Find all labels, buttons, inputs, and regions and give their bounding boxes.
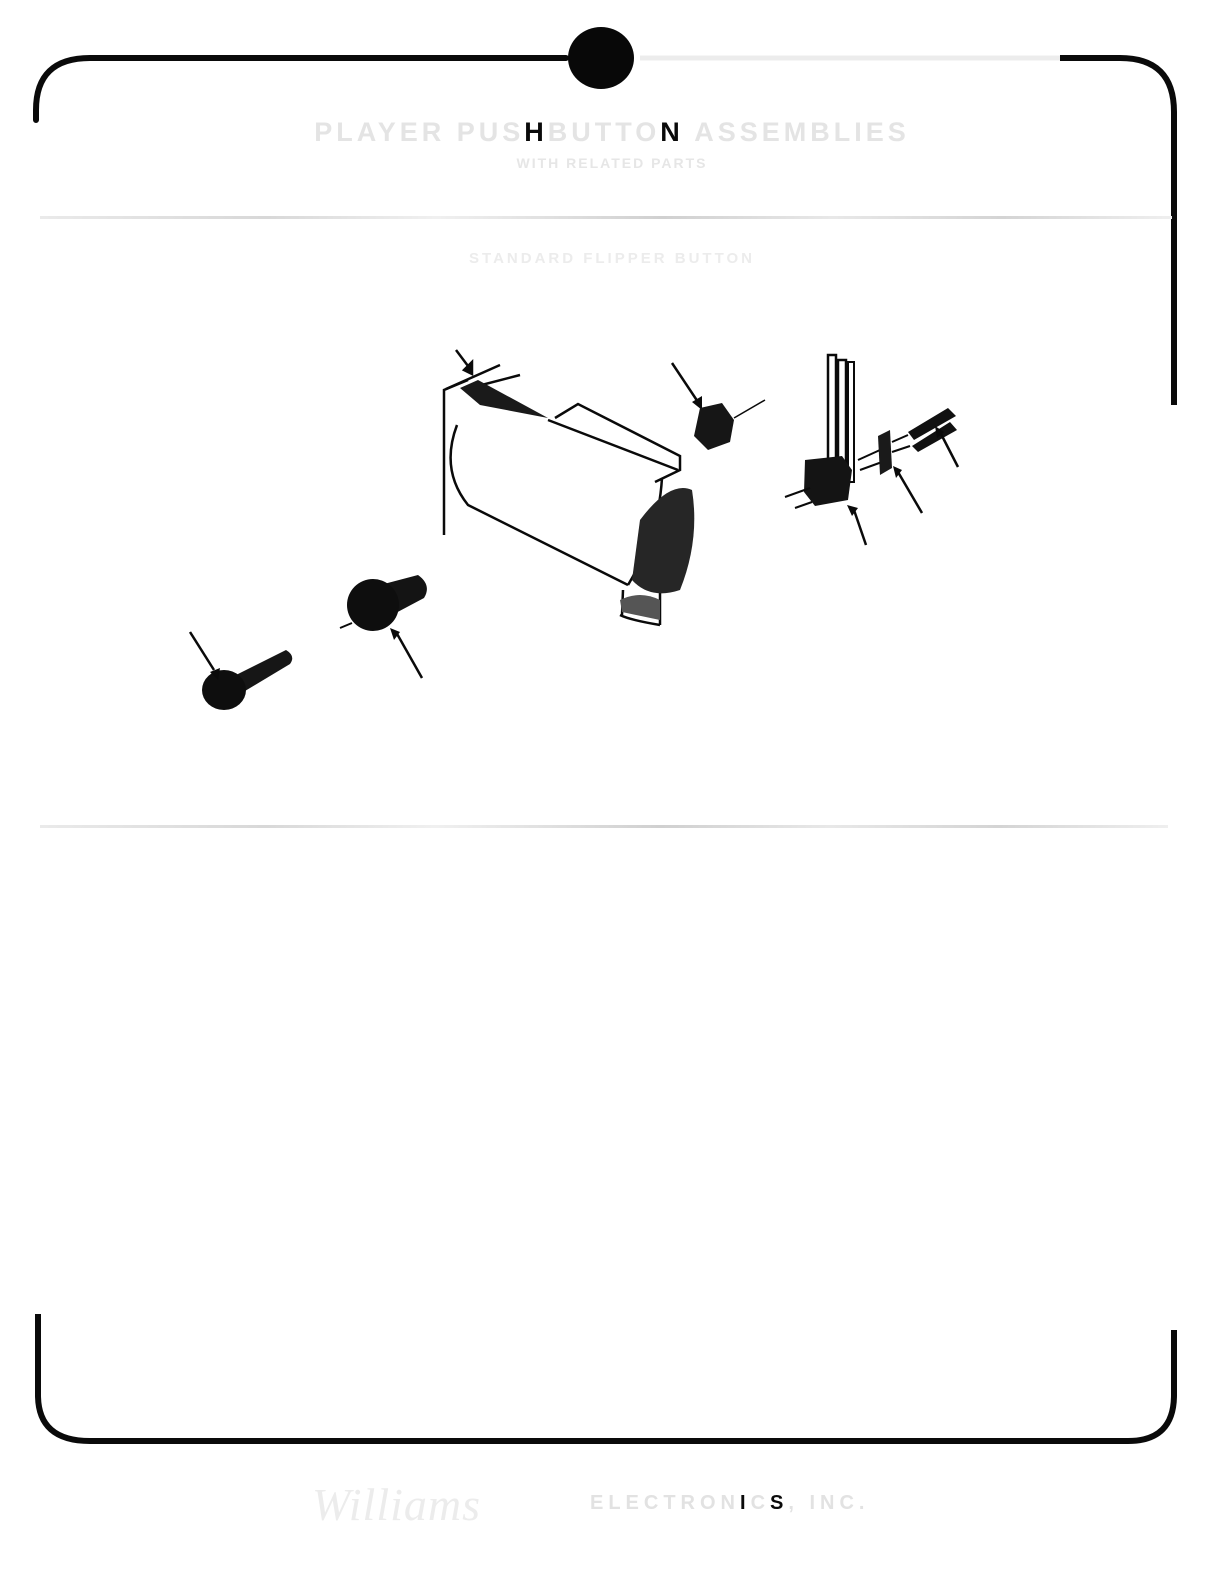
panel-shadow (460, 380, 548, 418)
pushbutton-illustration (340, 575, 427, 678)
company-name: ELECTRONICS, INC. (590, 1492, 869, 1515)
diagram-bottom-divider (40, 825, 1168, 828)
company-fragment: C (751, 1492, 770, 1514)
plunger-illustration (190, 632, 292, 710)
panel-cutout-shadow (632, 488, 694, 593)
footer: Williams ELECTRONICS, INC. (0, 1478, 1224, 1528)
company-fragment: , INC. (788, 1492, 869, 1514)
nut-illustration (672, 363, 765, 450)
exploded-diagram (0, 0, 1224, 1584)
company-fragment: S (770, 1492, 788, 1514)
switch-assembly-illustration (785, 355, 958, 545)
company-fragment: I (740, 1492, 751, 1514)
arrow-icon (456, 350, 472, 374)
brand-logo: Williams (312, 1478, 481, 1531)
company-fragment: ELECTRON (590, 1492, 740, 1514)
